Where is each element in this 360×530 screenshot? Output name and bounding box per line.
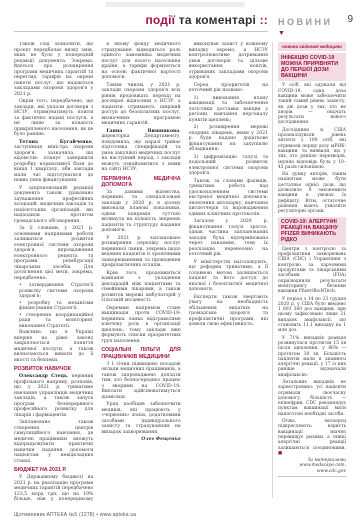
paragraph: За її словами, у 2021 р. основними напря… — [14, 226, 93, 281]
text-column-2: в якому фонду медичного страхування відв… — [101, 42, 180, 502]
paragraph: Дослідники зі США проаналізували рівень … — [278, 128, 346, 170]
paragraph: 2) розширення мережі опорних лікарень, я… — [189, 125, 268, 153]
paragraph: За даними відомства, первинні та спеціал… — [101, 190, 180, 234]
paragraph: Тетяна Бугайченко, заступниця міністра о… — [14, 140, 93, 184]
bullet-item: • розробку та механізми фінансування Стр… — [14, 301, 93, 312]
paragraph: Важливо, що в Україні вперше на рівні за… — [14, 330, 93, 363]
subheading: БЮДЖЕТ НА 2021 Р. — [14, 467, 93, 473]
text-column-3: виконував захист у кожному випадку окрем… — [189, 42, 268, 502]
paragraph: Окрім того, передбачено, що заклади, які… — [14, 99, 93, 138]
paragraph: Також слід зазначити, що проєкт передбач… — [14, 42, 93, 97]
section-masthead: події та коментарі :: — [14, 13, 268, 32]
paragraph: Окремим напрямом стане вакцинація проти … — [101, 306, 180, 345]
subheading: СОЦІАЛЬНІ ПІЛЬГИ ДЛЯ ПРАЦІВНИКІВ МЕДИЦИН… — [101, 347, 180, 359]
person-name: Ганна Вишнякова — [106, 129, 179, 134]
news-header-label: НОВИНИ — [278, 17, 332, 27]
paragraph: На думку авторів, таким пацієнтам може б… — [278, 172, 346, 214]
paragraph: Олександр Стець, керівник профільного на… — [14, 374, 93, 418]
article-end-mark: ■ — [278, 451, 282, 456]
divider-rule — [278, 476, 346, 477]
news-headline: COVID-19: АЛЕРГІЧНІ РЕАКЦІЇ НА ВАКЦИНУ P… — [278, 217, 346, 245]
paragraph: Також, за словами фахівців, триватиме ро… — [189, 179, 268, 218]
paragraph: У період з 14 по 23 грудня 2020 р. у США… — [278, 297, 346, 334]
paragraph: Експерти також звертають увагу на необхі… — [189, 295, 268, 328]
bullet-item: • затвердження Стратегії розвитку систем… — [14, 283, 93, 300]
paragraph: в якому фонду медичного страхування відв… — [101, 42, 180, 81]
paragraph: виконував захист у кожному випадку окрем… — [189, 42, 268, 81]
paragraph: У 2021 р. заплановано розширення перелік… — [101, 236, 180, 269]
scan-artifact — [105, 2, 245, 7]
paragraph: З 1 січня підвищено посадові оклади меди… — [101, 362, 180, 401]
paragraph: Таким чином, у 2021 р. заклади охорони з… — [101, 83, 180, 127]
paragraph: 3) цифровізацію галузі та подальший розв… — [189, 155, 268, 177]
masthead-word-dark: та коментарі — [175, 13, 259, 27]
news-credit: За матеріалами www.medscape.com,www.cdc.… — [278, 458, 346, 474]
main-text-area: Також слід зазначити, що проєкт передбач… — [14, 42, 268, 502]
paragraph: У 71% випадків реакція розвинулася протя… — [278, 336, 346, 378]
newspaper-page: події та коментарі :: НОВИНИ ▼ 9 Також с… — [0, 0, 360, 530]
paragraph: Крім того, продовжиться кампанія з уклад… — [101, 271, 180, 304]
page-footer: Щотижневик АПТЕКА №5 (1278) • www.apteka… — [14, 512, 136, 518]
paragraph: Заплановано також створення центрів симу… — [14, 420, 93, 464]
paragraph: Центри з контролю та профілактики захвор… — [278, 247, 346, 295]
paragraph: Ганна Вишнякова, директорка Департаменту… — [101, 129, 180, 173]
subheading: РОЗВИТОК НАВИЧОК — [14, 366, 93, 372]
page-number: 9 — [347, 14, 353, 25]
masthead-word-red: події — [145, 13, 175, 27]
paragraph: 1) виконання плану вакцинації та забезпе… — [189, 96, 268, 124]
author-byline: Олег Фещенко — [101, 437, 180, 443]
paragraph: Серед пріоритетів на поточний рік назван… — [189, 83, 268, 94]
masthead-suffix: :: — [260, 13, 268, 27]
paragraph: Отже, експерти підкреслюють: користь вак… — [278, 419, 346, 456]
paragraph: У запропонованій редакції документа тако… — [14, 186, 93, 225]
news-headline: ІНФЕКЦІЮ COVID-19 МОЖНА ПРИРІВНЯТИ ДО ПЕ… — [278, 53, 346, 81]
person-name: Олександр Стець — [19, 374, 67, 379]
paragraph: Загалом у 2020 р. фінансування галузі зр… — [189, 219, 268, 258]
bullet-item: • створення координаційної ради та моніт… — [14, 313, 93, 330]
news-column: новини світової медициниІНФЕКЦІЮ COVID-1… — [278, 42, 346, 502]
paragraph: Уряд пообіцяв забезпечити медиків, які п… — [101, 402, 180, 435]
person-name: Тетяна Бугайченко — [19, 140, 92, 145]
column-divider — [272, 42, 273, 498]
text-column-1: Також слід зазначити, що проєкт передбач… — [14, 42, 93, 502]
credit-line: www.cdc.gov — [278, 469, 346, 474]
paragraph: Летальних випадків не зареєстровано: усі… — [278, 380, 346, 417]
paragraph: У Державному бюджеті на 2021 р. на реалі… — [14, 475, 93, 502]
subheading: ПЕРВИННА МЕДИЧНА ДОПОМОГА — [101, 176, 180, 188]
bullet-list: • затвердження Стратегії розвитку систем… — [14, 283, 93, 329]
news-column-header: НОВИНИ ▼ — [278, 17, 340, 37]
paragraph: У міністерстві наголошують, що реформа т… — [189, 260, 268, 293]
paragraph: У осіб, які одужали від COVID-19, одна д… — [278, 83, 346, 125]
news-kicker: новини світової медицини — [278, 42, 346, 51]
triangle-down-icon: ▼ — [278, 30, 285, 37]
credit-line: За матеріалами www.medscape.com, — [278, 458, 346, 469]
